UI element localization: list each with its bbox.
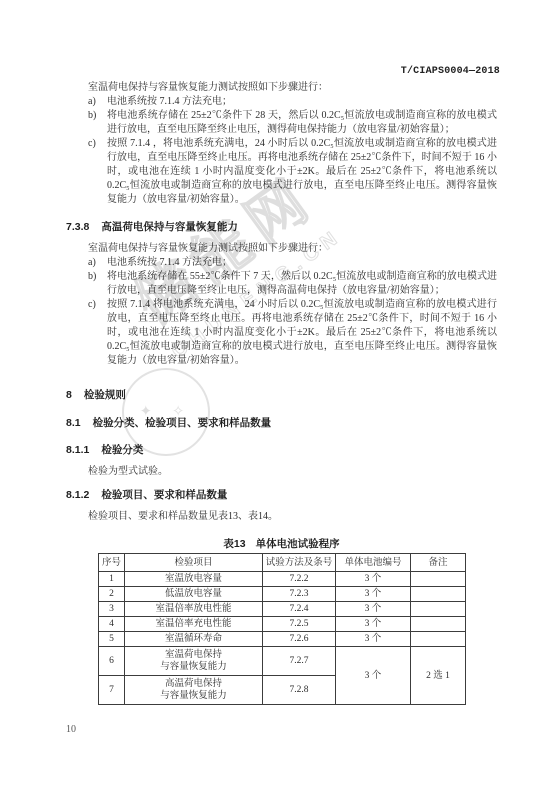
high-temp-intro: 室温荷电保持与容量恢复能力测试按照如下步骤进行： [88,242,497,256]
page-number: 10 [66,724,76,735]
section-title: 检验分类、检验项目、要求和样品数量 [93,417,272,429]
table-row: 3 室温倍率放电性能 7.2.4 3 个 [99,602,466,617]
section-number: 8.1 [66,417,81,429]
cell-seq: 1 [99,572,125,587]
list-item: b) 将电池系统存储在 55±2℃条件下 7 天，然后以 0.2C₅恒流放电或制… [88,270,497,298]
list-item-label: a) [88,256,96,270]
section-number: 8 [66,389,72,401]
cell-count: 3 个 [336,572,411,587]
cell-seq: 3 [99,602,125,617]
list-item-text: 按照 7.1.4 ，将电池系统充满电，24 小时后以 0.2C₅恒流放电或制造商… [107,138,497,205]
list-item-label: b) [88,109,96,123]
cell-method: 7.2.4 [263,602,336,617]
table13-caption-number: 表13 [223,538,245,550]
room-temp-intro: 室温荷电保持与容量恢复能力测试按照如下步骤进行： [88,81,497,95]
room-temp-step-list: a) 电池系统按 7.1.4 方法充电； b) 将电池系统存储在 25±2℃条件… [66,95,497,207]
cell-item: 室温荷电保持 与容量恢复能力 [125,647,263,676]
column-header: 单体电池编号 [336,554,411,572]
list-item: a) 电池系统按 7.1.4 方法充电； [88,256,497,270]
list-item-text: 电池系统按 7.1.4 方法充电； [107,257,232,268]
cell-note [411,602,466,617]
cell-item: 室温放电容量 [125,572,263,587]
table-row: 2 低温放电容量 7.2.3 3 个 [99,587,466,602]
cell-note [411,632,466,647]
list-item: b) 将电池系统存储在 25±2℃条件下 28 天，然后以 0.2C₅恒流放电或… [88,109,497,137]
cell-method: 7.2.8 [263,676,336,705]
document-page: 储能网 CHUNENG.CN ✦ ✧ T/CIAPS0004—2018 室温荷电… [0,0,560,791]
list-item-label: a) [88,95,96,109]
column-header: 备注 [411,554,466,572]
section-811-heading: 8.1.1检验分类 [66,443,497,457]
cell-seq: 2 [99,587,125,602]
list-item-text: 将电池系统存储在 55±2℃条件下 7 天，然后以 0.2C₅恒流放电或制造商宣… [107,271,497,296]
cell-count: 3 个 [336,587,411,602]
high-temp-step-list: a) 电池系统按 7.1.4 方法充电； b) 将电池系统存储在 55±2℃条件… [66,256,497,368]
section-812-heading: 8.1.2检验项目、要求和样品数量 [66,488,497,502]
cell-item: 低温放电容量 [125,587,263,602]
table13: 序号 检验项目 试验方法及条号 单体电池编号 备注 1 室温放电容量 7.2.2… [98,553,466,705]
section-811-body: 检验为型式试验。 [88,465,497,479]
table-row: 6 室温荷电保持 与容量恢复能力 7.2.7 3 个 2 选 1 [99,647,466,676]
cell-method: 7.2.6 [263,632,336,647]
section-number: 8.1.2 [66,489,89,501]
list-item-text: 按照 7.1.4 将电池系统充满电，24 小时后以 0.2C₅恒流放电或制造商宣… [107,299,497,366]
cell-seq: 6 [99,647,125,676]
cell-note [411,572,466,587]
cell-seq: 5 [99,632,125,647]
list-item-text: 将电池系统存储在 25±2℃条件下 28 天，然后以 0.2C₅恒流放电或制造商… [107,110,497,135]
list-item-text: 电池系统按 7.1.4 方法充电； [107,96,232,107]
table-row: 1 室温放电容量 7.2.2 3 个 [99,572,466,587]
section-81-heading: 8.1检验分类、检验项目、要求和样品数量 [66,416,497,430]
column-header: 试验方法及条号 [263,554,336,572]
table-header-row: 序号 检验项目 试验方法及条号 单体电池编号 备注 [99,554,466,572]
section-title: 检验规则 [84,389,126,401]
column-header: 检验项目 [125,554,263,572]
list-item-label: c) [88,298,96,312]
section-number: 7.3.8 [66,221,89,233]
list-item-label: c) [88,137,96,151]
cell-count: 3 个 [336,617,411,632]
cell-note [411,587,466,602]
cell-item: 高温荷电保持 与容量恢复能力 [125,676,263,705]
page-content: 室温荷电保持与容量恢复能力测试按照如下步骤进行： a) 电池系统按 7.1.4 … [66,0,497,705]
section-number: 8.1.1 [66,444,89,456]
cell-item: 室温循环寿命 [125,632,263,647]
cell-note-merged: 2 选 1 [411,647,466,705]
table13-caption-title: 单体电池试验程序 [256,538,340,550]
section-8-heading: 8检验规则 [66,388,497,402]
cell-method: 7.2.2 [263,572,336,587]
list-item: c) 按照 7.1.4 将电池系统充满电，24 小时后以 0.2C₅恒流放电或制… [88,298,497,368]
cell-item: 室温倍率充电性能 [125,617,263,632]
section-title: 高温荷电保持与容量恢复能力 [101,221,238,233]
list-item-label: b) [88,270,96,284]
cell-count-merged: 3 个 [336,647,411,705]
table-row: 5 室温循环寿命 7.2.6 3 个 [99,632,466,647]
cell-method: 7.2.3 [263,587,336,602]
section-738-heading: 7.3.8高温荷电保持与容量恢复能力 [66,220,497,234]
cell-method: 7.2.7 [263,647,336,676]
cell-item: 室温倍率放电性能 [125,602,263,617]
section-title: 检验分类 [101,444,143,456]
cell-seq: 4 [99,617,125,632]
table-row: 4 室温倍率充电性能 7.2.5 3 个 [99,617,466,632]
list-item: a) 电池系统按 7.1.4 方法充电； [88,95,497,109]
section-title: 检验项目、要求和样品数量 [101,489,227,501]
cell-note [411,617,466,632]
table13-caption: 表13单体电池试验程序 [66,537,497,551]
cell-count: 3 个 [336,602,411,617]
cell-count: 3 个 [336,632,411,647]
cell-seq: 7 [99,676,125,705]
list-item: c) 按照 7.1.4 ，将电池系统充满电，24 小时后以 0.2C₅恒流放电或… [88,137,497,207]
section-812-body: 检验项目、要求和样品数量见表13、表14。 [88,510,497,524]
cell-method: 7.2.5 [263,617,336,632]
column-header: 序号 [99,554,125,572]
